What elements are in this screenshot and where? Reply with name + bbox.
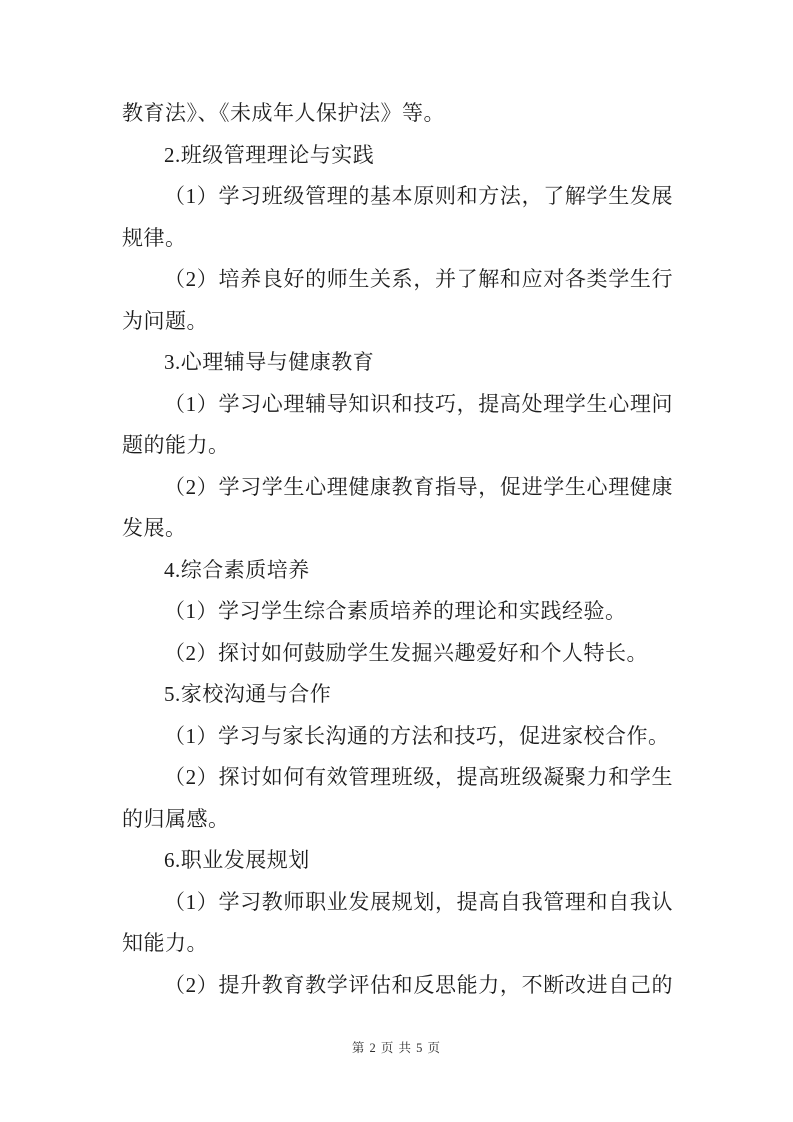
text-line: 题的能力。: [122, 425, 673, 467]
text-line: 3.心理辅导与健康教育: [122, 342, 673, 384]
document-page: 教育法》、《未成年人保护法》等。2.班级管理理论与实践（1）学习班级管理的基本原…: [0, 0, 793, 1122]
page-footer: 第 2 页 共 5 页: [0, 1038, 793, 1056]
text-line: （2）探讨如何鼓励学生发掘兴趣爱好和个人特长。: [122, 633, 673, 675]
text-line: （1）学习心理辅导知识和技巧，提高处理学生心理问: [122, 384, 673, 426]
text-line: 发展。: [122, 508, 673, 550]
text-line: 规律。: [122, 218, 673, 260]
text-line: 4.综合素质培养: [122, 550, 673, 592]
page-number-label: 第 2 页 共 5 页: [352, 1041, 441, 1055]
text-line: 知能力。: [122, 923, 673, 965]
text-line: （2）培养良好的师生关系，并了解和应对各类学生行: [122, 259, 673, 301]
text-line: 为问题。: [122, 301, 673, 343]
text-line: 5.家校沟通与合作: [122, 674, 673, 716]
text-line: （1）学习教师职业发展规划，提高自我管理和自我认: [122, 882, 673, 924]
text-line: （2）提升教育教学评估和反思能力，不断改进自己的: [122, 965, 673, 1007]
text-line: 2.班级管理理论与实践: [122, 135, 673, 177]
text-line: （2）探讨如何有效管理班级，提高班级凝聚力和学生: [122, 757, 673, 799]
text-line: 教育法》、《未成年人保护法》等。: [122, 93, 673, 135]
text-line: （1）学习班级管理的基本原则和方法，了解学生发展: [122, 176, 673, 218]
text-line: （2）学习学生心理健康教育指导，促进学生心理健康: [122, 467, 673, 509]
text-line: （1）学习学生综合素质培养的理论和实践经验。: [122, 591, 673, 633]
text-line: （1）学习与家长沟通的方法和技巧，促进家校合作。: [122, 716, 673, 758]
text-line: 6.职业发展规划: [122, 840, 673, 882]
text-line: 的归属感。: [122, 799, 673, 841]
document-body: 教育法》、《未成年人保护法》等。2.班级管理理论与实践（1）学习班级管理的基本原…: [122, 93, 673, 1006]
